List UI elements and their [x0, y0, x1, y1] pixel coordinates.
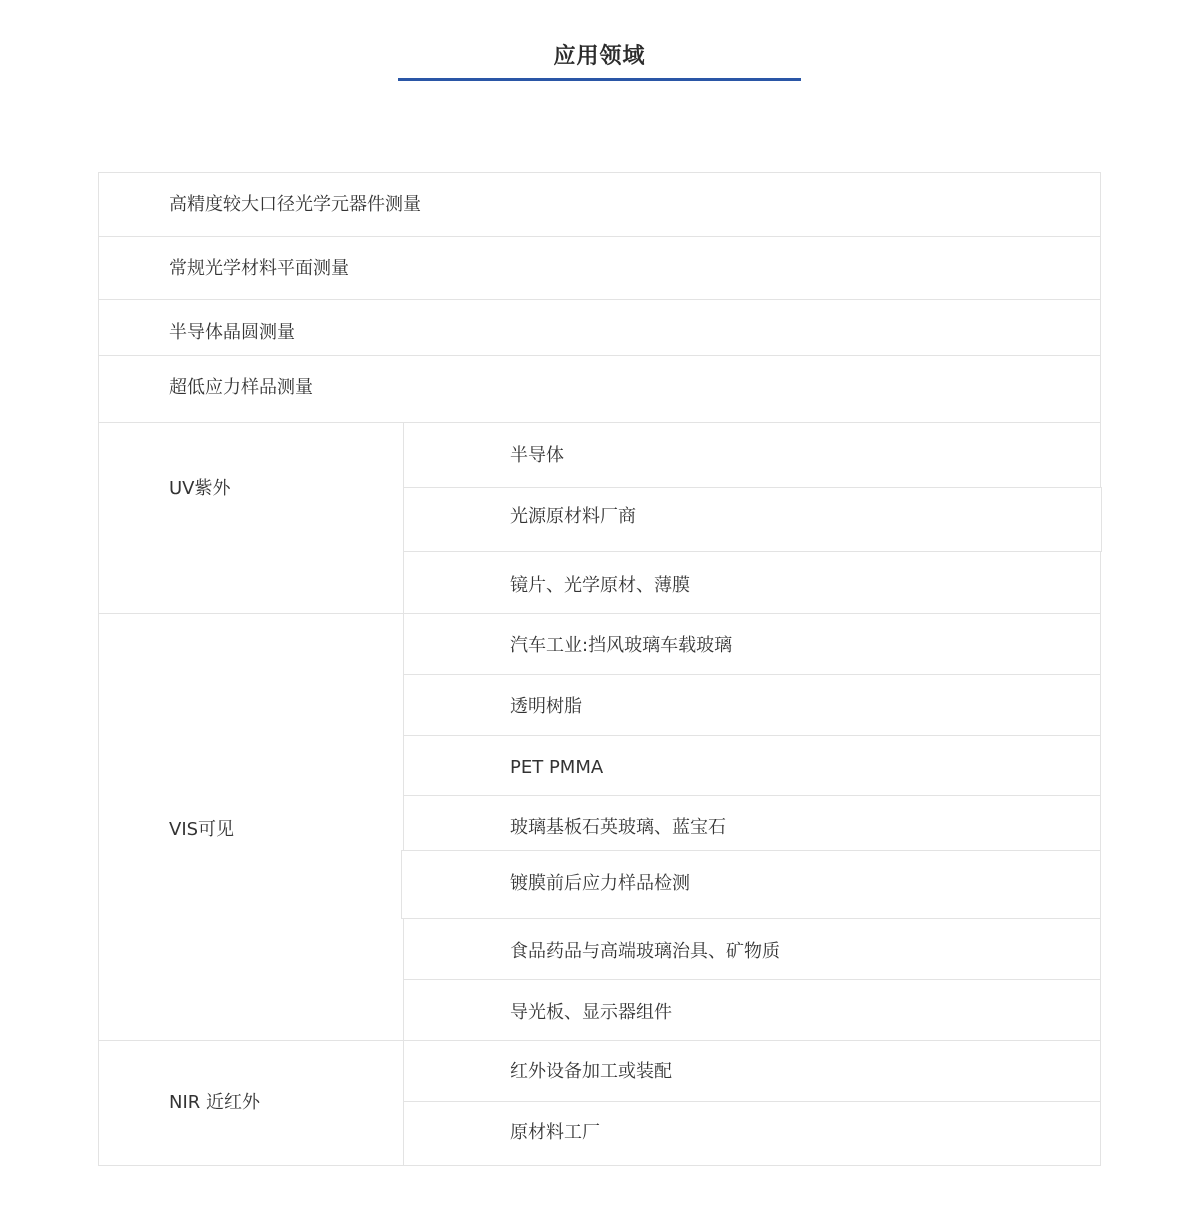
table-row: 导光板、显示器组件 [403, 979, 1101, 1041]
table-row: 食品药品与高端玻璃治具、矿物质 [403, 918, 1101, 980]
table-row: 透明树脂 [403, 674, 1101, 736]
table-row: 镜片、光学原材、薄膜 [403, 551, 1101, 614]
table-row: 高精度较大口径光学元器件测量 [98, 172, 1101, 237]
item-label: 半导体 [510, 444, 564, 468]
category-label: VIS可见 [169, 818, 234, 842]
section-header: 应用领域 [398, 38, 801, 76]
item-label: 镀膜前后应力样品检测 [510, 872, 690, 896]
item-label: 镜片、光学原材、薄膜 [510, 574, 690, 598]
category-cell-vis: VIS可见 [98, 613, 404, 1041]
table-row: 半导体晶圆测量 [98, 299, 1101, 356]
item-label: 玻璃基板石英玻璃、蓝宝石 [510, 816, 726, 840]
table-row: 半导体 [403, 422, 1101, 488]
category-cell-uv: UV紫外 [98, 422, 404, 614]
item-label: 红外设备加工或装配 [510, 1060, 672, 1084]
row-label: 超低应力样品测量 [169, 376, 313, 400]
row-label: 半导体晶圆测量 [169, 321, 295, 345]
category-label: NIR 近红外 [169, 1091, 260, 1115]
table-row: 光源原材料厂商 [403, 487, 1102, 552]
category-label: UV紫外 [169, 477, 231, 501]
table-row: 红外设备加工或装配 [403, 1040, 1101, 1102]
item-label: 原材料工厂 [510, 1121, 600, 1145]
item-label: 光源原材料厂商 [510, 505, 636, 529]
item-label: 食品药品与高端玻璃治具、矿物质 [510, 940, 780, 964]
title-underline [398, 78, 801, 81]
table-row: 镀膜前后应力样品检测 [401, 850, 1101, 919]
item-label: 透明树脂 [510, 695, 582, 719]
table-row: 玻璃基板石英玻璃、蓝宝石 [403, 795, 1101, 851]
row-label: 高精度较大口径光学元器件测量 [169, 193, 421, 217]
table-row: 超低应力样品测量 [98, 355, 1101, 423]
item-label: 导光板、显示器组件 [510, 1001, 672, 1025]
table-row: 原材料工厂 [403, 1101, 1101, 1166]
table-row: PET PMMA [403, 735, 1101, 796]
category-cell-nir: NIR 近红外 [98, 1040, 404, 1166]
item-label: 汽车工业:挡风玻璃车载玻璃 [510, 634, 732, 658]
table-row: 常规光学材料平面测量 [98, 236, 1101, 300]
page-title: 应用领域 [398, 38, 801, 76]
row-label: 常规光学材料平面测量 [169, 257, 349, 281]
table-row: 汽车工业:挡风玻璃车载玻璃 [403, 613, 1101, 675]
item-label: PET PMMA [510, 756, 603, 780]
